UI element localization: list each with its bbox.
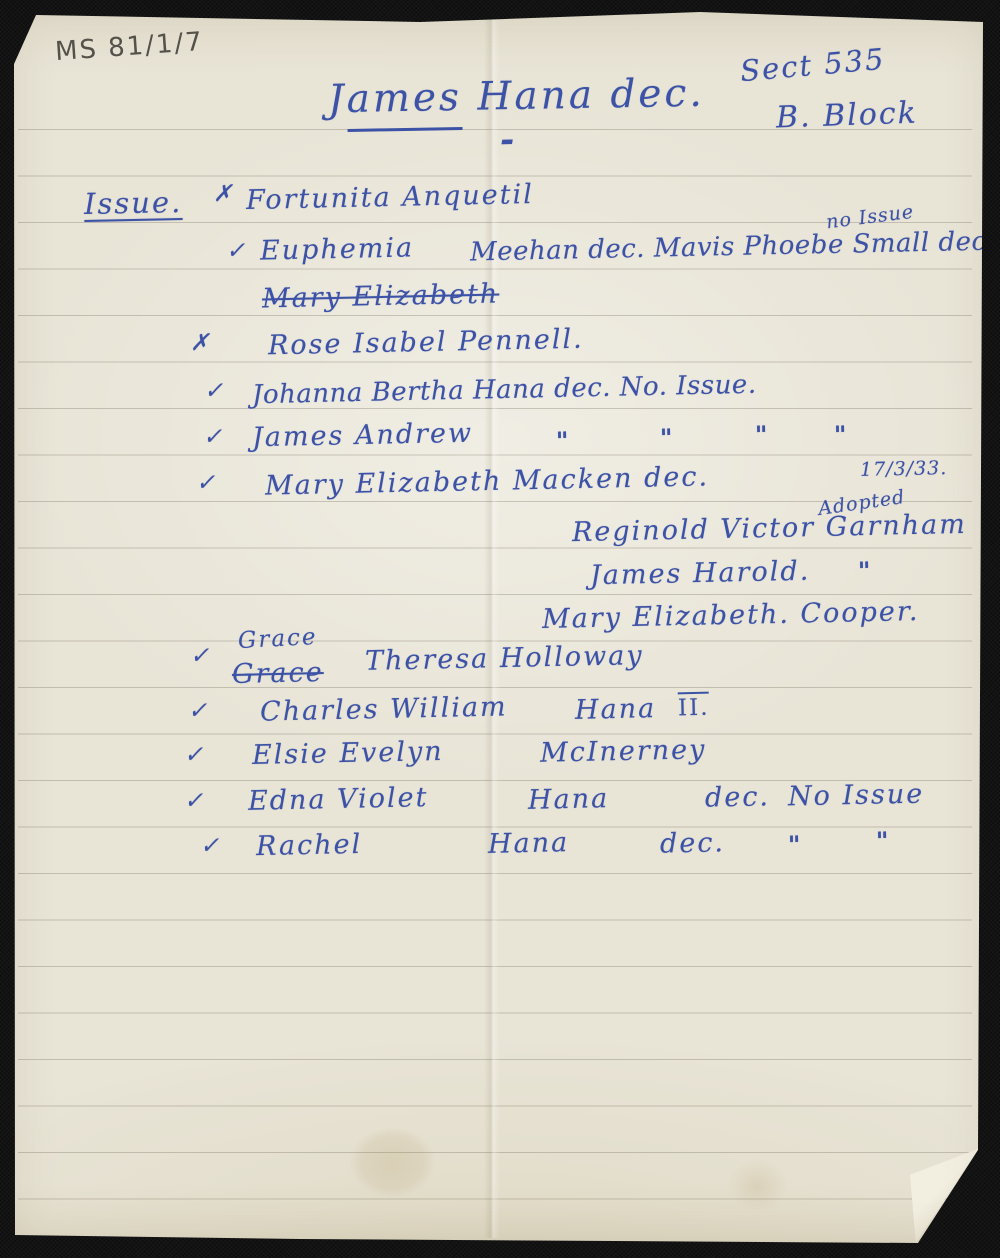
title-dash: - <box>500 120 517 160</box>
ditto-mark: " <box>858 556 873 585</box>
name-grace-struck: Grace <box>232 657 324 690</box>
name-rose-isabel-pennell: Rose Isabel Pennell. <box>268 324 584 362</box>
ditto-mark: " <box>755 420 770 449</box>
name-edna-violet: Edna Violet <box>248 782 429 817</box>
title-underlined: ames <box>346 75 462 132</box>
archive-reference: MS 81/1/7 <box>54 27 205 67</box>
abbrev-deceased: dec. <box>705 781 771 813</box>
title-lead: J <box>328 77 347 122</box>
check-mark: ✓ <box>203 424 223 450</box>
check-mark: ✓ <box>200 833 220 859</box>
scanned-document-page: { "colors": { "background": "#131313", "… <box>0 0 1000 1258</box>
paper-sheet: MS 81/1/7 Sect 535 B. Block James Hana d… <box>0 0 1000 1258</box>
check-mark: ✓ <box>190 643 210 669</box>
ditto-mark: " <box>876 826 891 855</box>
surname-hana: Hana <box>528 783 610 816</box>
cross-mark: ✗ <box>213 181 233 207</box>
surname-hana: Hana <box>488 827 570 860</box>
ditto-mark: " <box>556 426 571 455</box>
check-mark: ✓ <box>204 378 224 404</box>
block-reference: B. Block <box>775 96 918 136</box>
name-fortunita-anquetil: Fortunita Anquetil <box>246 179 534 216</box>
paper-stain <box>335 1115 450 1210</box>
surname-mcinerney: McInerney <box>540 734 707 768</box>
name-rachel: Rachel <box>256 829 363 862</box>
check-mark: ✓ <box>184 742 204 768</box>
ditto-mark: " <box>834 420 849 449</box>
date-17-3-33: 17/3/33. <box>860 457 948 481</box>
check-mark: ✓ <box>184 788 204 814</box>
ditto-mark: " <box>660 423 675 452</box>
name-mary-elizabeth-struck: Mary Elizabeth <box>262 279 500 315</box>
issue-label: Issue. <box>84 185 183 221</box>
title-rest: Hana dec. <box>462 71 705 120</box>
abbrev-deceased: dec. <box>660 827 726 859</box>
numeral-II: II. <box>678 692 710 722</box>
section-reference: Sect 535 <box>739 42 887 89</box>
name-james-andrew: James Andrew <box>252 418 474 454</box>
check-mark: ✓ <box>188 698 208 724</box>
check-mark: ✓ <box>226 238 246 264</box>
paper-stain <box>715 1148 800 1223</box>
annotation-no-issue: No Issue <box>788 779 925 813</box>
name-grace-inserted: Grace <box>237 624 318 654</box>
name-theresa-holloway: Theresa Holloway <box>365 640 644 677</box>
name-charles-william-hana: Charles William <box>260 691 508 727</box>
cross-mark: ✗ <box>190 330 210 356</box>
name-elsie-evelyn: Elsie Evelyn <box>252 736 444 771</box>
surname-hana: Hana <box>575 693 657 726</box>
page-title: James Hana dec. <box>328 71 705 123</box>
name-james-harold: James Harold. <box>590 556 811 592</box>
name-euphemia: Euphemia <box>260 232 415 266</box>
ditto-mark: " <box>788 830 803 859</box>
check-mark: ✓ <box>196 470 216 496</box>
